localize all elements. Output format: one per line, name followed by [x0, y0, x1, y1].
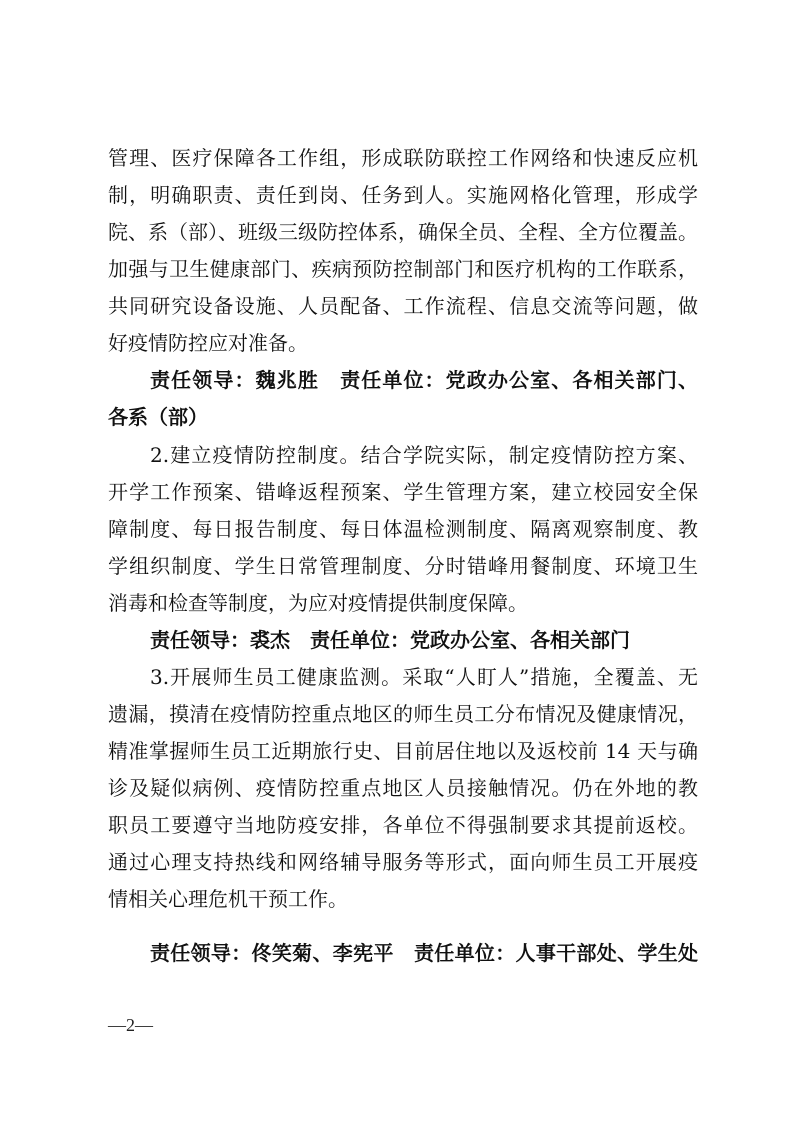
paragraph-line: 共同研究设备设施、人员配备、工作流程、信息交流等问题，做 — [108, 291, 698, 321]
paragraph-line: 遗漏，摸清在疫情防控重点地区的师生员工分布情况及健康情况， — [108, 699, 698, 729]
paragraph-line: 管理、医疗保障各工作组，形成联防联控工作网络和快速反应机 — [108, 143, 698, 173]
paragraph-line: 职员工要遵守当地防疫安排，各单位不得强制要求其提前返校。 — [108, 810, 698, 840]
responsibility-line: 责任领导：魏兆胜 责任单位：党政办公室、各相关部门、 — [150, 365, 698, 395]
paragraph-line: 好疫情防控应对准备。 — [108, 328, 698, 358]
responsibility-line: 责任领导：裘杰 责任单位：党政办公室、各相关部门 — [150, 625, 698, 655]
paragraph-line: 精准掌握师生员工近期旅行史、目前居住地以及返校前 14 天与确 — [108, 736, 698, 766]
section-heading-line: 3.开展师生员工健康监测。采取“人盯人”措施，全覆盖、无 — [150, 662, 698, 692]
paragraph-line: 消毒和检查等制度，为应对疫情提供制度保障。 — [108, 588, 698, 618]
paragraph-line: 开学工作预案、错峰返程预案、学生管理方案，建立校园安全保 — [108, 477, 698, 507]
paragraph-line: 情相关心理危机干预工作。 — [108, 884, 698, 914]
paragraph-line: 院、系（部）、班级三级防控体系，确保全员、全程、全方位覆盖。 — [108, 217, 698, 247]
document-page: 管理、医疗保障各工作组，形成联防联控工作网络和快速反应机 制，明确职责、责任到岗… — [0, 0, 793, 1122]
responsibility-line: 各系（部） — [108, 402, 698, 432]
paragraph-line: 通过心理支持热线和网络辅导服务等形式，面向师生员工开展疫 — [108, 847, 698, 877]
paragraph-line: 障制度、每日报告制度、每日体温检测制度、隔离观察制度、教 — [108, 514, 698, 544]
section-heading-line: 2.建立疫情防控制度。结合学院实际，制定疫情防控方案、 — [150, 440, 698, 470]
paragraph-line: 学组织制度、学生日常管理制度、分时错峰用餐制度、环境卫生 — [108, 551, 698, 581]
responsibility-line: 责任领导：佟笑菊、李宪平 责任单位：人事干部处、学生处 — [150, 938, 698, 968]
paragraph-line: 诊及疑似病例、疫情防控重点地区人员接触情况。仍在外地的教 — [108, 773, 698, 803]
paragraph-line: 加强与卫生健康部门、疾病预防控制部门和医疗机构的工作联系， — [108, 254, 698, 284]
page-number: —2— — [108, 1010, 153, 1040]
paragraph-line: 制，明确职责、责任到岗、任务到人。实施网格化管理，形成学 — [108, 180, 698, 210]
